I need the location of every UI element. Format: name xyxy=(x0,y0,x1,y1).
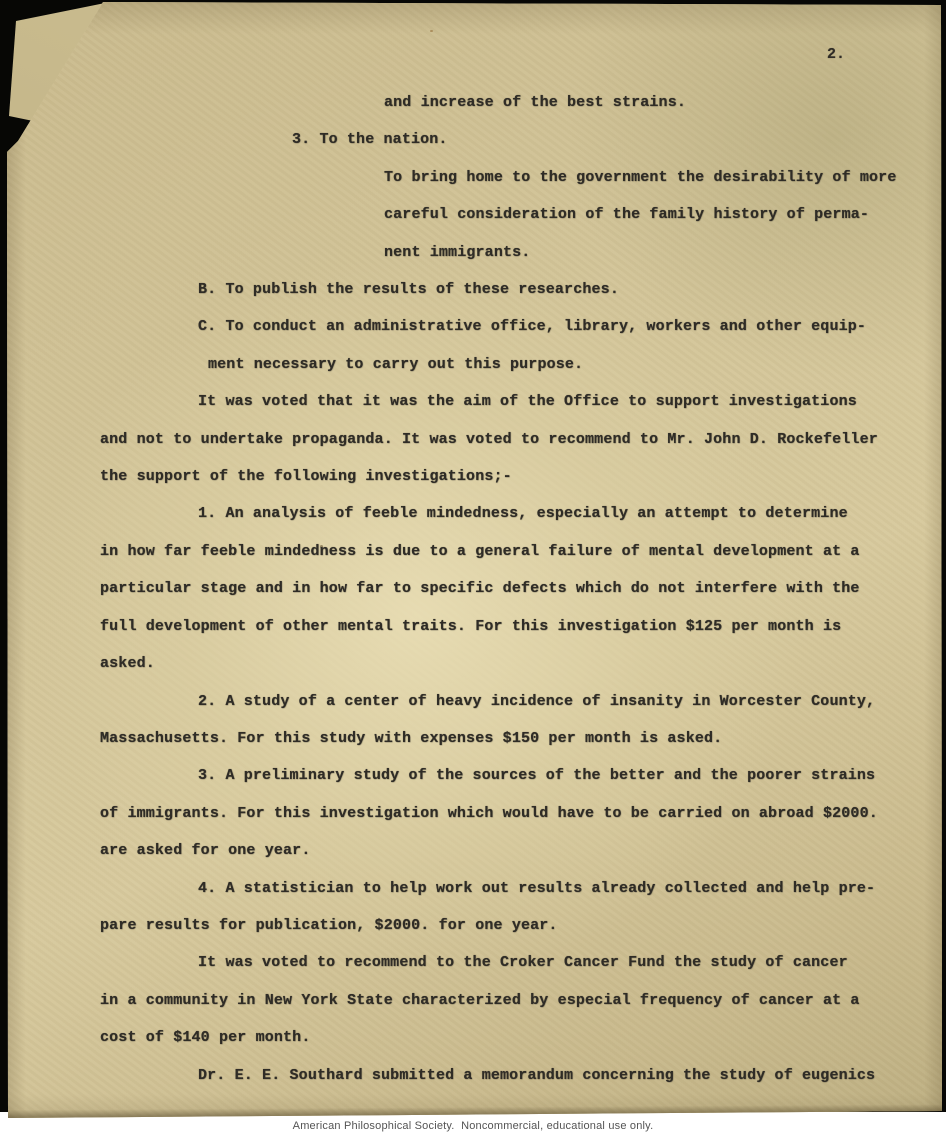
document-line: nent immigrants. xyxy=(0,234,946,271)
document-line: particular stage and in how far to speci… xyxy=(0,570,946,607)
document-line: are asked for one year. xyxy=(0,832,946,869)
document-paper: 2. and increase of the best strains. 3. … xyxy=(0,0,946,1140)
document-line: 3. To the nation. xyxy=(0,121,946,158)
document-line: Massachusetts. For this study with expen… xyxy=(0,720,946,757)
attribution-text: American Philosophical Society. Noncomme… xyxy=(293,1120,654,1132)
document-line: and increase of the best strains. xyxy=(0,84,946,121)
document-line: It was voted to recommend to the Croker … xyxy=(0,944,946,981)
document-line: pare results for publication, $2000. for… xyxy=(0,907,946,944)
document-line: the support of the following investigati… xyxy=(0,458,946,495)
paper-speck xyxy=(430,30,433,32)
document-line: 2. A study of a center of heavy incidenc… xyxy=(0,683,946,720)
document-line: 3. A preliminary study of the sources of… xyxy=(0,757,946,794)
document-line: 4. A statistician to help work out resul… xyxy=(0,870,946,907)
document-line: and not to undertake propaganda. It was … xyxy=(0,421,946,458)
document-line: asked. xyxy=(0,645,946,682)
scanned-document-page: American Philosophical Society. Noncomme… xyxy=(0,0,946,1140)
document-line: 1. An analysis of feeble mindedness, esp… xyxy=(0,495,946,532)
document-line: ment necessary to carry out this purpose… xyxy=(0,346,946,383)
document-line: careful consideration of the family hist… xyxy=(0,196,946,233)
document-line: in how far feeble mindedness is due to a… xyxy=(0,533,946,570)
typewritten-text: and increase of the best strains. 3. To … xyxy=(0,84,946,1094)
document-line: C. To conduct an administrative office, … xyxy=(0,308,946,345)
document-line: Dr. E. E. Southard submitted a memorandu… xyxy=(0,1057,946,1094)
document-line: B. To publish the results of these resea… xyxy=(0,271,946,308)
document-line: of immigrants. For this investigation wh… xyxy=(0,795,946,832)
document-line: full development of other mental traits.… xyxy=(0,608,946,645)
page-number: 2. xyxy=(827,46,845,63)
document-line: cost of $140 per month. xyxy=(0,1019,946,1056)
document-line: in a community in New York State charact… xyxy=(0,982,946,1019)
document-line: It was voted that it was the aim of the … xyxy=(0,383,946,420)
document-line: To bring home to the government the desi… xyxy=(0,159,946,196)
